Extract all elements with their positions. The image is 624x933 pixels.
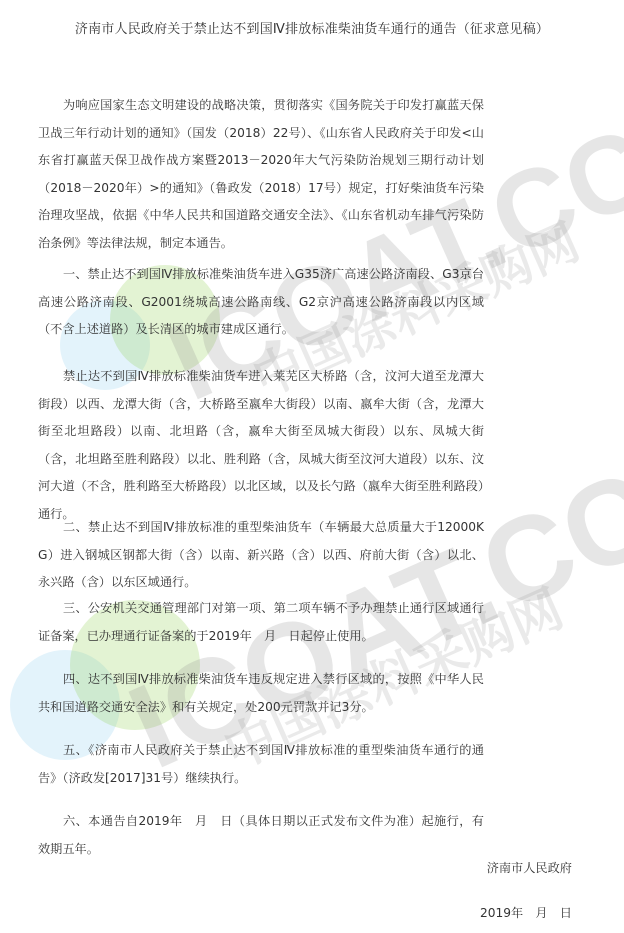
signature-date: 2019年 月 日 — [480, 904, 572, 921]
paragraph-item-1: 一、禁止达不到国Ⅳ排放标准柴油货车进入G35济广高速公路济南段、G3京台高速公路… — [38, 261, 484, 344]
paragraph-item-4: 四、达不到国Ⅳ排放标准柴油货车违反规定进入禁行区域的，按照《中华人民共和国道路交… — [38, 666, 484, 721]
paragraph-item-2: 二、禁止达不到国Ⅳ排放标准的重型柴油货车（车辆最大总质量大于12000KG）进入… — [38, 514, 484, 597]
paragraph-item-5: 五、《济南市人民政府关于禁止达不到国Ⅳ排放标准的重型柴油货车通行的通告》（济政发… — [38, 737, 484, 792]
document-title: 济南市人民政府关于禁止达不到国Ⅳ排放标准柴油货车通行的通告（征求意见稿） — [0, 18, 624, 37]
paragraph-item-3: 三、公安机关交通管理部门对第一项、第二项车辆不予办理禁止通行区域通行证备案，已办… — [38, 595, 484, 650]
signature-issuer: 济南市人民政府 — [487, 859, 572, 876]
paragraph-item-1-laiwu: 禁止达不到国Ⅳ排放标准柴油货车进入莱芜区大桥路（含，汶河大道至龙潭大街段）以西、… — [38, 363, 484, 529]
paragraph-preamble: 为响应国家生态文明建设的战略决策，贯彻落实《国务院关于印发打赢蓝天保卫战三年行动… — [38, 92, 484, 258]
paragraph-item-6: 六、本通告自2019年 月 日（具体日期以正式发布文件为准）起施行，有效期五年。 — [38, 808, 484, 863]
